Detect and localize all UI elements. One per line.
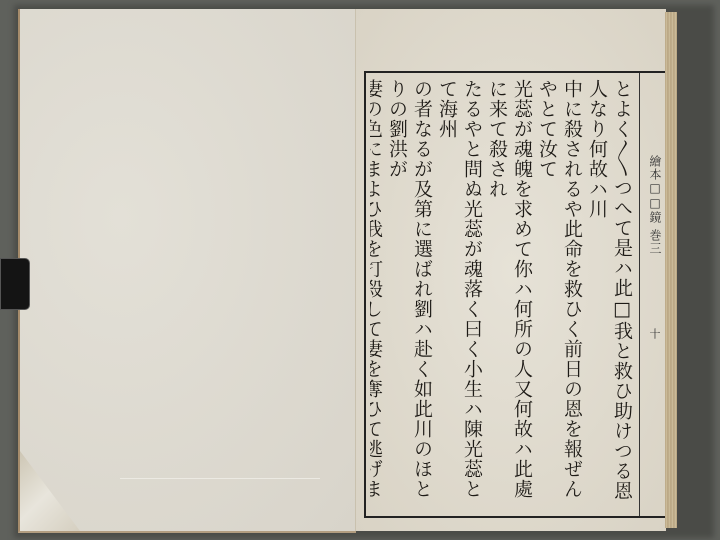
page-block-edges: [665, 12, 677, 528]
margin-column: 繪本□□鏡 巻三 十: [639, 73, 668, 516]
text-frame: 繪本□□鏡 巻三 十 とよく〳〵つへて是ハ此□我と救ひ助けつる恩人なり何故ハ川 …: [364, 71, 666, 518]
vertical-text-body: とよく〳〵つへて是ハ此□我と救ひ助けつる恩人なり何故ハ川 中に殺されるや此命を救…: [370, 79, 634, 510]
margin-title: 繪本□□鏡 巻三: [647, 155, 664, 255]
text-column: 光蕊が魂魄を求めて你ハ何所の人又何故ハ此處に来て殺され: [484, 79, 534, 510]
left-page-blank: [18, 9, 356, 533]
margin-page-mark: 十: [646, 328, 662, 339]
black-tab-marker: [0, 258, 30, 310]
text-column: 妻の色にまよひ我を打殺して妻を奪ひて逃げまゐりたり龍王: [370, 79, 384, 510]
text-column: 中に殺されるや此命を救ひく前日の恩を報ぜんやとて汝て: [534, 79, 584, 510]
text-column: の者なるが及第に選ばれ劉ハ赴く如此川のほとりの劉洪が: [384, 79, 434, 510]
text-column: たるやと問ぬ光蕊が魂落く曰く小生ハ陳光蕊とて海州: [434, 79, 484, 510]
folded-corner: [20, 451, 80, 531]
paper-crease: [120, 478, 320, 479]
text-column: とよく〳〵つへて是ハ此□我と救ひ助けつる恩人なり何故ハ川: [584, 79, 634, 510]
right-page-text: 繪本□□鏡 巻三 十 とよく〳〵つへて是ハ此□我と救ひ助けつる恩人なり何故ハ川 …: [355, 9, 666, 531]
